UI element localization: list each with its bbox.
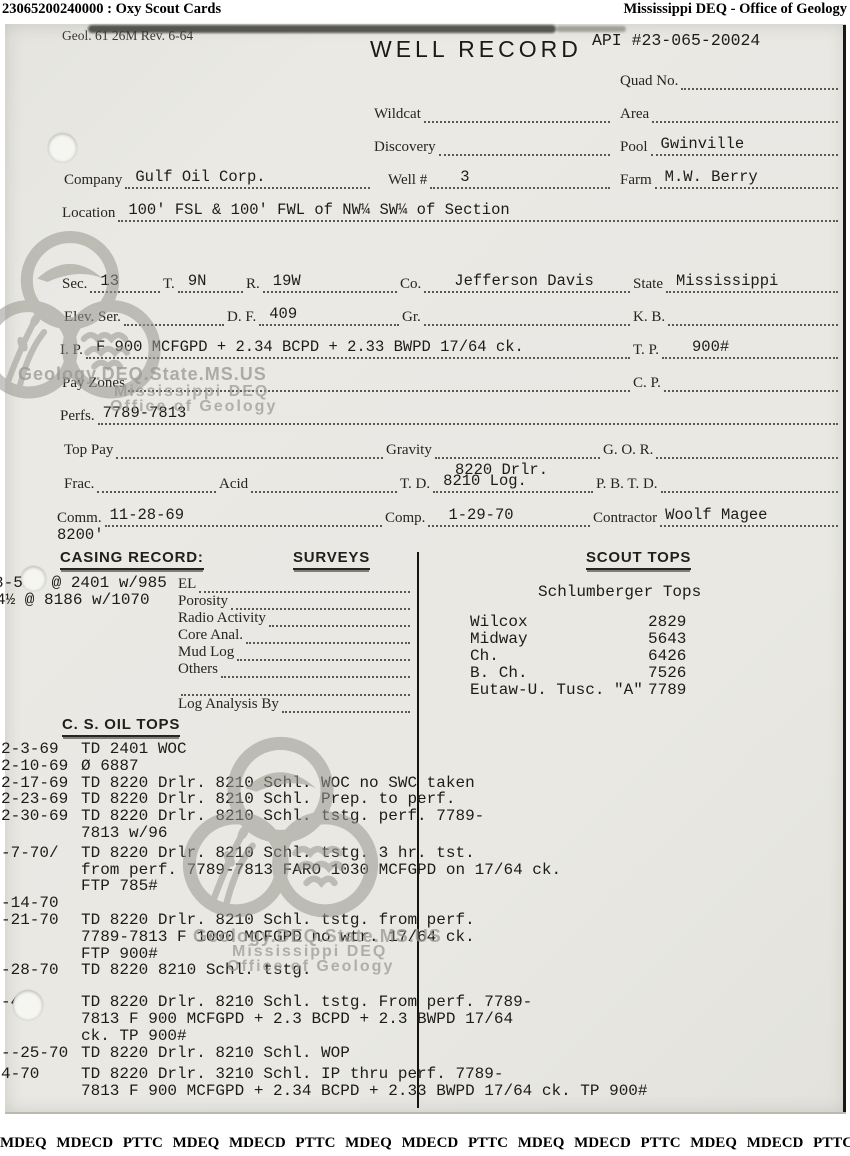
field-gas-oil-ratio: G. O. R. (603, 439, 838, 459)
field-quad-no: Quad No. (620, 70, 838, 90)
field-acid: Acid (219, 473, 397, 493)
scout-top-row: B. Ch.7526 (470, 665, 686, 682)
field-company: Company Gulf Oil Corp. (64, 169, 370, 189)
field-township: T. 9N (163, 273, 243, 293)
field-perforations: Perfs. 7789-7813 (60, 405, 838, 425)
field-state: State Mississippi (633, 273, 838, 293)
field-county: Co. Jefferson Davis (400, 273, 630, 293)
oil-tops-entry: 2-30-69TD 8220 Drlr. 8210 Schl. tstg. pe… (1, 808, 701, 842)
casing-entry: 4½ @ 8186 w/1070 (0, 591, 150, 609)
scout-top-row: Eutaw-U. Tusc. "A"7789 (470, 682, 686, 699)
paper-bottom-edge (5, 1112, 846, 1114)
hole-punch (13, 990, 43, 1020)
scout-top-row: Ch.6426 (470, 648, 686, 665)
document-id-title: 23065200240000 : Oxy Scout Cards (2, 1, 221, 18)
field-location: Location 100' FSL & 100' FWL of NW¼ SW¼ … (62, 202, 838, 222)
oil-tops-entry: --25-70TD 8220 Drlr. 8210 Schl. WOP (1, 1045, 701, 1062)
oil-tops-entry: -14-70 (1, 895, 701, 912)
scout-tops-table: Wilcox2829 Midway5643 Ch.6426 B. Ch.7526… (470, 614, 686, 699)
hole-punch (48, 133, 77, 162)
surveys-header: SURVEYS (293, 549, 370, 570)
scout-top-row: Wilcox2829 (470, 614, 686, 631)
field-section: Sec. 13 (62, 273, 160, 293)
field-gravity: Gravity (386, 439, 600, 459)
oil-tops-entry: -21-70TD 8220 Drlr. 8210 Schl. tstg. fro… (1, 912, 701, 962)
api-number: API #23-065-20024 (592, 31, 760, 50)
oil-tops-header: C. S. OIL TOPS (62, 716, 180, 737)
agency-title: Mississippi DEQ - Office of Geology (623, 1, 847, 18)
oil-tops-entry: -4TD 8220 Drlr. 8210 Schl. tstg. From pe… (1, 994, 701, 1044)
oil-tops-log: 2-3-69TD 2401 WOC 2-10-69Ø 6887 2-17-69T… (1, 741, 701, 1100)
oil-tops-entry: 2-23-69TD 8220 Drlr. 8210 Schl. Prep. to… (1, 791, 701, 808)
hole-punch (21, 566, 46, 591)
oil-tops-entry: 4-70TD 8220 Drlr. 3210 Schl. IP thru per… (1, 1066, 701, 1100)
field-area: Area (620, 103, 838, 123)
form-number: Geol. 61 26M Rev. 6-64 (62, 28, 193, 44)
survey-item: Log Analysis By (178, 696, 410, 713)
depth-note: 8200' (57, 526, 104, 544)
field-gr-elevation: Gr. (402, 306, 630, 326)
casing-record-header: CASING RECORD: (60, 549, 204, 570)
oil-tops-entry: 2-10-69Ø 6887 (1, 758, 701, 775)
field-discovery: Discovery (374, 136, 610, 156)
scout-tops-header: SCOUT TOPS (586, 549, 691, 570)
field-farm: Farm M.W. Berry (620, 169, 838, 189)
page-title: WELL RECORD (370, 36, 582, 63)
viewer-footer-bar: MDEQ MDECD PTTC MDEQ MDECD PTTC MDEQ MDE… (0, 1130, 850, 1156)
field-initial-potential: I. P. F 900 MCFGPD + 2.34 BCPD + 2.33 BW… (60, 339, 630, 359)
field-df-elevation: D. F. 409 (227, 306, 399, 326)
field-pbtd: P. B. T. D. (596, 473, 838, 493)
footer-org-tags: MDEQ MDECD PTTC MDEQ MDECD PTTC MDEQ MDE… (0, 1135, 850, 1152)
survey-item: Others (178, 661, 410, 678)
oil-tops-entry: 2-17-69TD 8220 Drlr. 8210 Schl. WOC no S… (1, 775, 701, 792)
viewer-top-bar: 23065200240000 : Oxy Scout Cards Mississ… (0, 0, 850, 22)
scout-tops-subtitle: Schlumberger Tops (538, 583, 701, 601)
field-contractor: Contractor Woolf Magee (593, 507, 838, 527)
field-total-depth: T. D. 8210 Log. (400, 473, 593, 493)
field-top-pay: Top Pay (64, 439, 383, 459)
scan-edge-line (843, 25, 846, 1113)
oil-tops-entry: 2-3-69TD 2401 WOC (1, 741, 701, 758)
field-elev-ser: Elev. Ser. (64, 306, 224, 326)
field-frac: Frac. (64, 473, 216, 493)
field-wildcat: Wildcat (374, 103, 610, 123)
scanned-well-record-page: 23065200240000 : Oxy Scout Cards Mississ… (0, 0, 850, 1156)
field-pool: Pool Gwinville (620, 136, 838, 156)
field-completed-date: Comp. 1-29-70 (385, 507, 590, 527)
field-tubing-pressure: T. P. 900# (633, 339, 838, 359)
scout-top-row: Midway5643 (470, 631, 686, 648)
field-kb-elevation: K. B. (633, 306, 838, 326)
field-range: R. 19W (246, 273, 397, 293)
oil-tops-entry: -28-70TD 8220 8210 Schl. tstg. (1, 962, 701, 979)
field-casing-pressure: C. P. (633, 372, 838, 392)
field-well-number: Well # 3 (388, 169, 610, 189)
field-pay-zones: Pay Zones (62, 372, 630, 392)
field-commenced-date: Comm. 11-28-69 (57, 507, 382, 527)
oil-tops-entry: -7-70/TD 8220 Drlr. 8210 Schl. tstg. 3 h… (1, 845, 701, 895)
